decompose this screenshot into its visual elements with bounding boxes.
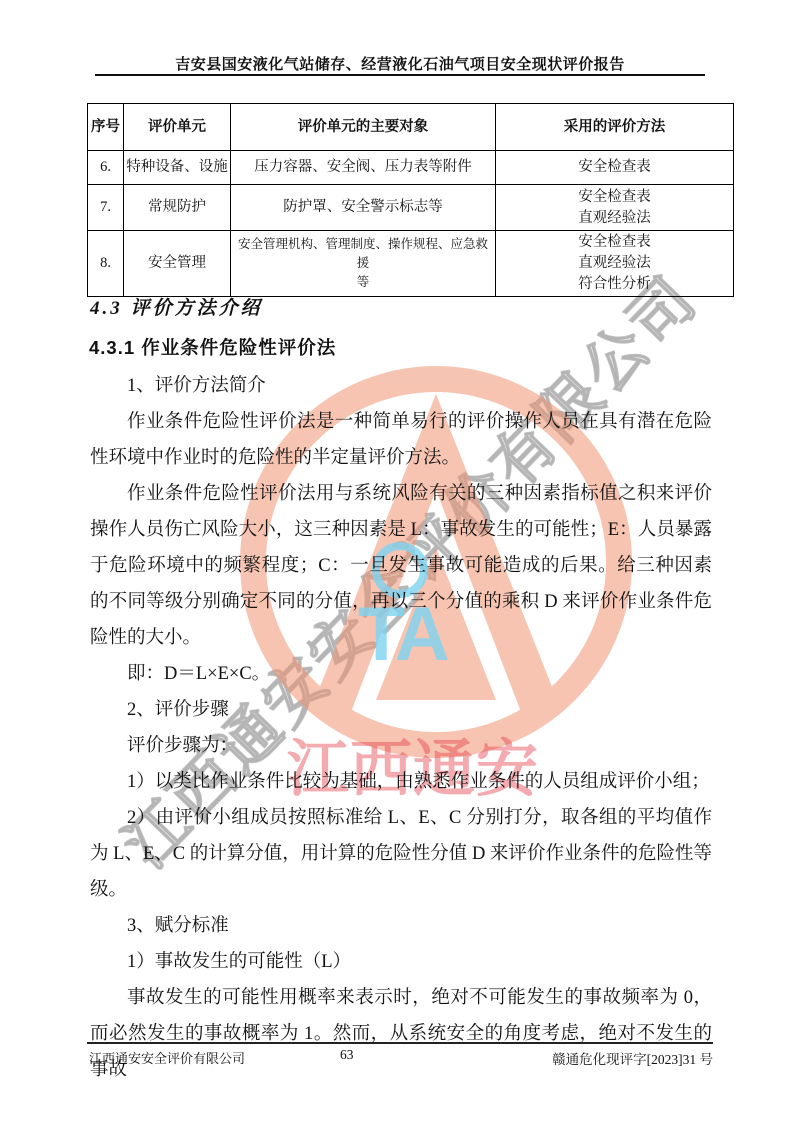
paragraph-likelihood-text: 事故发生的可能性用概率来表示时，绝对不可能发生的事故频率为 0，而必然发生的事故…: [90, 980, 712, 1088]
method-line: 安全检查表: [498, 232, 731, 253]
paragraph-method-intro-label: 1、评价方法简介: [90, 368, 712, 404]
header-cell-methods: 采用的评价方法: [496, 104, 734, 151]
cell-unit: 常规防护: [124, 185, 231, 231]
paragraph-scoring-label: 3、赋分标准: [90, 908, 712, 944]
header-cell-objects: 评价单元的主要对象: [231, 104, 496, 151]
table-row: 6. 特种设备、设施 压力容器、安全阀、压力表等附件 安全检查表: [88, 151, 734, 185]
cell-no: 7.: [88, 185, 124, 231]
table-header-row: 序号 评价单元 评价单元的主要对象 采用的评价方法: [88, 104, 734, 151]
header-cell-no: 序号: [88, 104, 124, 151]
object-line: 安全管理机构、管理制度、操作规程、应急救援: [233, 235, 493, 273]
body-text-block: 1、评价方法简介 作业条件危险性评价法是一种简单易行的评价操作人员在具有潜在危险…: [90, 368, 712, 1088]
cell-methods: 安全检查表 直观经验法 符合性分析: [496, 231, 734, 297]
evaluation-units-table: 序号 评价单元 评价单元的主要对象 采用的评价方法 6. 特种设备、设施 压力容…: [87, 103, 734, 297]
footer-doc-number: 赣通危化现评字[2023]31 号: [552, 1048, 713, 1068]
footer-divider: [87, 1042, 713, 1044]
cell-no: 6.: [88, 151, 124, 185]
method-line: 直观经验法: [498, 253, 731, 274]
section-heading-4-3-1: 4.3.1 作业条件危险性评价法: [89, 334, 336, 360]
header-cell-unit: 评价单元: [124, 104, 231, 151]
cell-unit: 特种设备、设施: [124, 151, 231, 185]
report-page: 江西通安安全评价有限公司 TA 江西通安 吉安县国安液化气站储存、经营液化石油气…: [0, 0, 800, 1131]
page-content: 吉安县国安液化气站储存、经营液化石油气项目安全现状评价报告 序号 评价单元 评价…: [0, 0, 800, 1131]
cell-objects: 压力容器、安全阀、压力表等附件: [231, 151, 496, 185]
paragraph-likelihood-label: 1）事故发生的可能性（L）: [90, 944, 712, 980]
method-line: 安全检查表: [498, 187, 731, 208]
paragraph-method-definition: 作业条件危险性评价法是一种简单易行的评价操作人员在具有潜在危险性环境中作业时的危…: [90, 404, 712, 476]
cell-no: 8.: [88, 231, 124, 297]
method-line: 符合性分析: [498, 274, 731, 295]
method-line: 直观经验法: [498, 208, 731, 229]
section-heading-4-3: 4.3 评价方法介绍: [90, 293, 263, 320]
footer-page-number: 63: [340, 1047, 354, 1063]
table-row: 8. 安全管理 安全管理机构、管理制度、操作规程、应急救援 等 安全检查表 直观…: [88, 231, 734, 297]
page-header-title: 吉安县国安液化气站储存、经营液化石油气项目安全现状评价报告: [0, 53, 800, 74]
cell-unit: 安全管理: [124, 231, 231, 297]
paragraph-steps-intro: 评价步骤为：: [90, 728, 712, 764]
footer-company-name: 江西通安安全评价有限公司: [89, 1048, 245, 1067]
cell-methods: 安全检查表 直观经验法: [496, 185, 734, 231]
paragraph-step-1: 1）以类比作业条件比较为基础，由熟悉作业条件的人员组成评价小组；: [90, 764, 712, 800]
header-divider: [95, 74, 705, 76]
paragraph-formula: 即：D＝L×E×C。: [90, 656, 712, 692]
paragraph-three-factors: 作业条件危险性评价法用与系统风险有关的三种因素指标值之积来评价操作人员伤亡风险大…: [90, 476, 712, 656]
object-line: 等: [233, 273, 493, 292]
cell-methods: 安全检查表: [496, 151, 734, 185]
cell-objects: 安全管理机构、管理制度、操作规程、应急救援 等: [231, 231, 496, 297]
paragraph-steps-label: 2、评价步骤: [90, 692, 712, 728]
cell-objects: 防护罩、安全警示标志等: [231, 185, 496, 231]
paragraph-step-2: 2）由评价小组成员按照标准给 L、E、C 分别打分，取各组的平均值作为 L、E、…: [90, 800, 712, 908]
table-row: 7. 常规防护 防护罩、安全警示标志等 安全检查表 直观经验法: [88, 185, 734, 231]
